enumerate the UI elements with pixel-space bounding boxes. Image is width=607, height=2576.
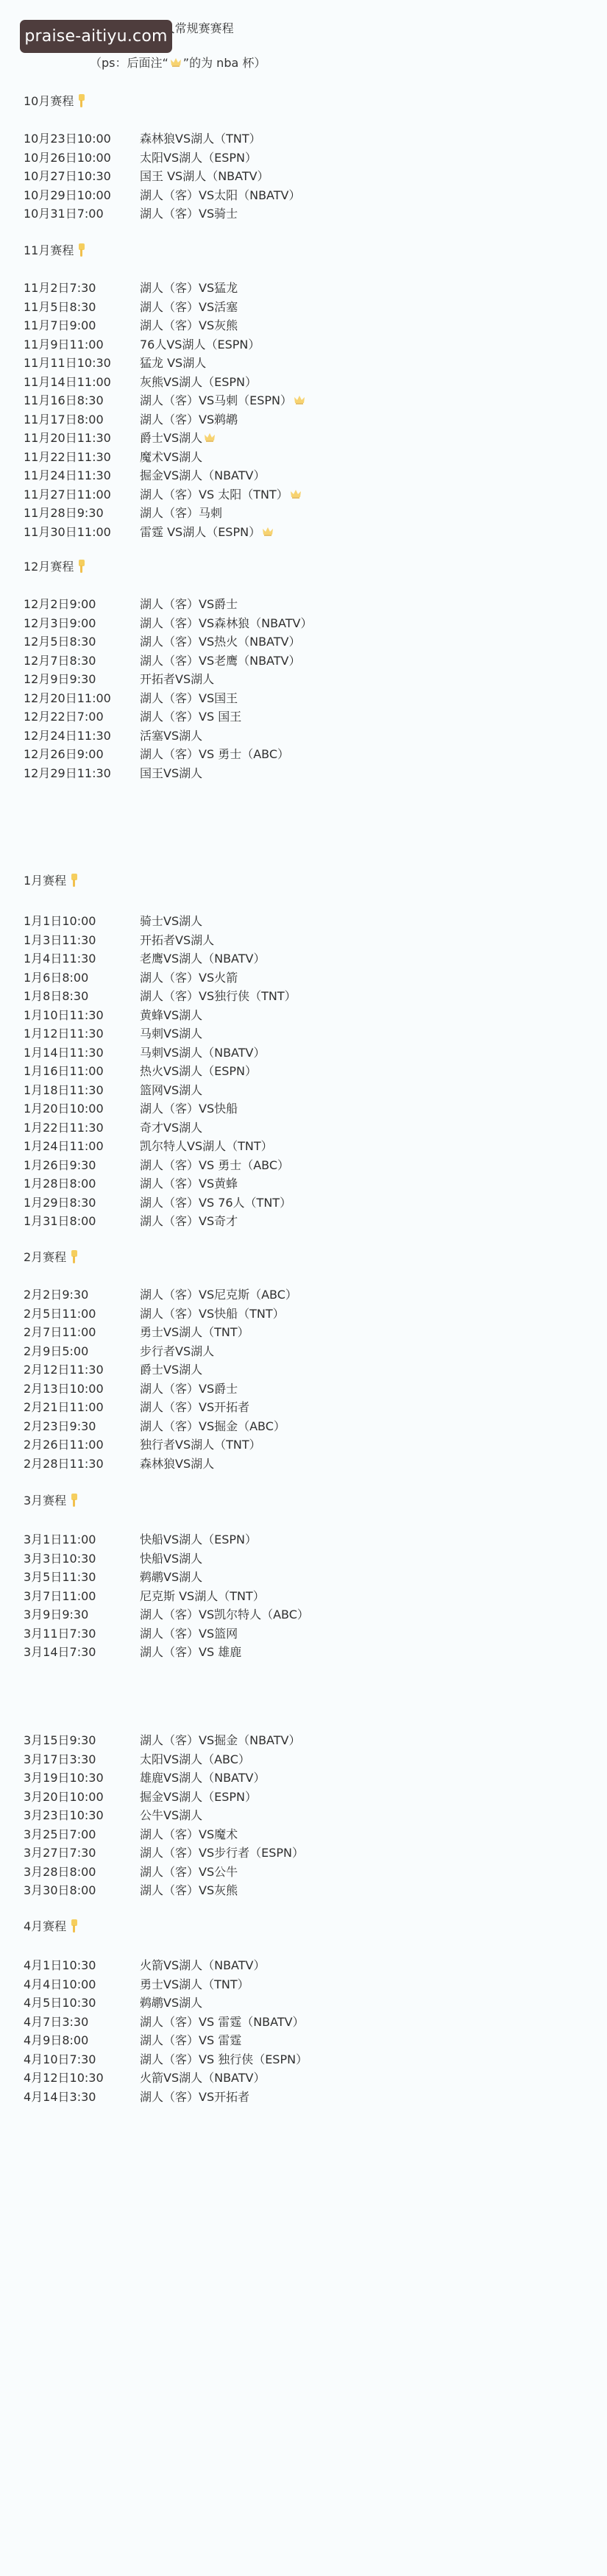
game-date-time: 1月24日11:00 <box>24 1137 140 1155</box>
game-row: 2月2日9:30湖人（客）VS尼克斯（ABC） <box>24 1285 297 1304</box>
game-matchup: 掘金VS湖人（NBATV） <box>140 466 265 485</box>
game-date-time: 1月26日9:30 <box>24 1156 140 1174</box>
game-matchup: 火箭VS湖人（NBATV） <box>140 1956 265 1974</box>
game-row: 11月5日8:30湖人（客）VS活塞 <box>24 298 238 316</box>
game-matchup: 太阳VS湖人（ESPN） <box>140 149 257 167</box>
game-row: 1月4日11:30老鹰VS湖人（NBATV） <box>24 949 265 968</box>
game-matchup: 森林狼VS湖人（TNT） <box>140 129 261 148</box>
month-header-label: 12月赛程 <box>24 560 74 574</box>
game-matchup: 掘金VS湖人（ESPN） <box>140 1788 257 1806</box>
game-row: 10月27日10:30国王 VS湖人（NBATV） <box>24 167 269 185</box>
game-date-time: 1月4日11:30 <box>24 949 140 968</box>
game-matchup: 湖人（客）VS猛龙 <box>140 279 238 297</box>
game-matchup: 湖人（客）VS快船 <box>140 1099 238 1118</box>
game-row: 11月22日11:30魔术VS湖人 <box>24 448 202 466</box>
game-matchup: 湖人（客）VS开拓者 <box>140 2088 249 2106</box>
game-matchup: 森林狼VS湖人 <box>140 1455 214 1473</box>
game-row: 1月10日11:30黄蜂VS湖人 <box>24 1006 202 1024</box>
game-matchup: 湖人（客）VS爵士 <box>140 1380 238 1398</box>
game-date-time: 1月28日8:00 <box>24 1174 140 1193</box>
game-row: 11月7日9:00湖人（客）VS灰熊 <box>24 316 238 335</box>
game-date-time: 4月9日8:00 <box>24 2031 140 2049</box>
game-matchup: 马刺VS湖人（NBATV） <box>140 1043 265 1062</box>
game-matchup: 爵士VS湖人 <box>140 429 202 447</box>
game-row: 11月28日9:30湖人（客）马刺 <box>24 504 222 522</box>
game-row: 11月17日8:00湖人（客）VS鹈鹕 <box>24 410 238 429</box>
game-row: 12月24日11:30活塞VS湖人 <box>24 727 202 745</box>
game-matchup: 雷霆 VS湖人（ESPN） <box>140 523 260 541</box>
game-matchup: 湖人（客）马刺 <box>140 504 222 522</box>
game-date-time: 1月18日11:30 <box>24 1081 140 1099</box>
game-date-time: 2月2日9:30 <box>24 1285 140 1304</box>
game-date-time: 11月24日11:30 <box>24 466 140 485</box>
game-matchup: 湖人（客）VS公牛 <box>140 1863 238 1881</box>
game-row: 12月5日8:30湖人（客）VS热火（NBATV） <box>24 632 300 651</box>
game-date-time: 2月28日11:30 <box>24 1455 140 1473</box>
game-date-time: 1月29日8:30 <box>24 1194 140 1212</box>
game-date-time: 3月14日7:30 <box>24 1643 140 1661</box>
game-date-time: 12月20日11:00 <box>24 689 140 707</box>
game-date-time: 11月7日9:00 <box>24 316 140 335</box>
game-row: 12月20日11:00湖人（客）VS国王 <box>24 689 238 707</box>
game-matchup: 湖人（客）VS骑士 <box>140 204 238 223</box>
game-date-time: 2月23日9:30 <box>24 1417 140 1435</box>
game-row: 3月23日10:30公牛VS湖人 <box>24 1806 202 1824</box>
game-matchup: 国王 VS湖人（NBATV） <box>140 167 269 185</box>
game-date-time: 12月26日9:00 <box>24 745 140 763</box>
game-date-time: 12月22日7:00 <box>24 707 140 726</box>
game-date-time: 10月31日7:00 <box>24 204 140 223</box>
game-matchup: 湖人（客）VS爵士 <box>140 595 238 613</box>
game-matchup: 湖人（客）VS凯尔特人（ABC） <box>140 1605 309 1624</box>
game-row: 2月9日5:00步行者VS湖人 <box>24 1342 214 1360</box>
game-matchup: 开拓者VS湖人 <box>140 670 214 688</box>
game-row: 1月8日8:30湖人（客）VS独行侠（TNT） <box>24 987 297 1005</box>
game-row: 3月17日3:30太阳VS湖人（ABC） <box>24 1750 250 1769</box>
game-matchup: 湖人（客）VS鹈鹕 <box>140 410 238 429</box>
month-header: 11月赛程 <box>24 241 87 258</box>
game-date-time: 3月28日8:00 <box>24 1863 140 1881</box>
game-date-time: 11月16日8:30 <box>24 391 140 410</box>
game-matchup: 鹈鹕VS湖人 <box>140 1994 202 2012</box>
game-matchup: 火箭VS湖人（NBATV） <box>140 2069 265 2087</box>
month-header-label: 4月赛程 <box>24 1919 66 1933</box>
game-row: 4月10日7:30湖人（客）VS 独行侠（ESPN） <box>24 2050 308 2069</box>
game-matchup: 国王VS湖人 <box>140 764 202 782</box>
game-date-time: 1月12日11:30 <box>24 1024 140 1043</box>
game-date-time: 11月17日8:00 <box>24 410 140 429</box>
game-row: 12月29日11:30国王VS湖人 <box>24 764 202 782</box>
game-date-time: 11月14日11:00 <box>24 373 140 391</box>
game-row: 3月30日8:00湖人（客）VS灰熊 <box>24 1881 238 1899</box>
game-matchup: 奇才VS湖人 <box>140 1118 202 1137</box>
game-row: 11月9日11:0076人VS湖人（ESPN） <box>24 335 260 354</box>
game-row: 2月12日11:30爵士VS湖人 <box>24 1360 202 1379</box>
game-date-time: 2月5日11:00 <box>24 1305 140 1323</box>
month-header-label: 11月赛程 <box>24 243 74 257</box>
game-date-time: 3月1日11:00 <box>24 1530 140 1549</box>
game-row: 1月20日10:00湖人（客）VS快船 <box>24 1099 238 1118</box>
game-row: 3月20日10:00掘金VS湖人（ESPN） <box>24 1788 257 1806</box>
game-matchup: 湖人（客）VS太阳（NBATV） <box>140 186 300 204</box>
game-row: 1月26日9:30湖人（客）VS 勇士（ABC） <box>24 1156 289 1174</box>
game-date-time: 2月7日11:00 <box>24 1323 140 1341</box>
game-matchup: 湖人（客）VS奇才 <box>140 1212 238 1230</box>
game-date-time: 2月12日11:30 <box>24 1360 140 1379</box>
game-row: 11月20日11:30爵士VS湖人 <box>24 429 217 447</box>
pointing-down-hand-icon <box>69 1919 79 1933</box>
game-matchup: 勇士VS湖人（TNT） <box>140 1323 249 1341</box>
game-date-time: 3月15日9:30 <box>24 1731 140 1749</box>
game-date-time: 1月3日11:30 <box>24 931 140 949</box>
pointing-down-hand-icon <box>77 243 87 257</box>
page-subtitle: （ps：后面注“”的为 nba 杯） <box>90 54 266 71</box>
game-row: 3月15日9:30湖人（客）VS掘金（NBATV） <box>24 1731 300 1749</box>
game-matchup: 湖人（客）VS 雄鹿 <box>140 1643 241 1661</box>
game-date-time: 1月20日10:00 <box>24 1099 140 1118</box>
game-matchup: 魔术VS湖人 <box>140 448 202 466</box>
game-matchup: 开拓者VS湖人 <box>140 931 214 949</box>
game-date-time: 1月1日10:00 <box>24 912 140 930</box>
game-matchup: 湖人（客）VS尼克斯（ABC） <box>140 1285 297 1304</box>
game-matchup: 灰熊VS湖人（ESPN） <box>140 373 257 391</box>
game-matchup: 湖人（客）VS步行者（ESPN） <box>140 1844 304 1862</box>
game-date-time: 11月11日10:30 <box>24 354 140 372</box>
game-matchup: 湖人（客）VS掘金（ABC） <box>140 1417 285 1435</box>
game-row: 3月7日11:00尼克斯 VS湖人（TNT） <box>24 1587 265 1605</box>
game-matchup: 快船VS湖人 <box>140 1549 202 1568</box>
pointing-down-hand-icon <box>69 1249 79 1264</box>
game-matchup: 湖人（客）VS 雷霆（NBATV） <box>140 2013 305 2031</box>
game-row: 11月11日10:30猛龙 VS湖人 <box>24 354 206 372</box>
game-matchup: 湖人（客）VS 独行侠（ESPN） <box>140 2050 308 2069</box>
game-matchup: 湖人（客）VS 76人（TNT） <box>140 1194 291 1212</box>
game-date-time: 1月22日11:30 <box>24 1118 140 1137</box>
game-matchup: 76人VS湖人（ESPN） <box>140 335 260 354</box>
game-date-time: 11月5日8:30 <box>24 298 140 316</box>
game-matchup: 爵士VS湖人 <box>140 1360 202 1379</box>
game-row: 4月7日3:30湖人（客）VS 雷霆（NBATV） <box>24 2013 305 2031</box>
game-matchup: 黄蜂VS湖人 <box>140 1006 202 1024</box>
game-date-time: 12月5日8:30 <box>24 632 140 651</box>
game-date-time: 2月21日11:00 <box>24 1398 140 1416</box>
game-date-time: 3月11日7:30 <box>24 1624 140 1643</box>
game-row: 3月27日7:30湖人（客）VS步行者（ESPN） <box>24 1844 304 1862</box>
game-row: 1月12日11:30马刺VS湖人 <box>24 1024 202 1043</box>
game-row: 1月1日10:00骑士VS湖人 <box>24 912 202 930</box>
game-row: 2月5日11:00湖人（客）VS快船（TNT） <box>24 1305 285 1323</box>
game-row: 1月24日11:00凯尔特人VS湖人（TNT） <box>24 1137 273 1155</box>
month-header: 4月赛程 <box>24 1917 79 1934</box>
game-date-time: 11月30日11:00 <box>24 523 140 541</box>
game-date-time: 3月7日11:00 <box>24 1587 140 1605</box>
subtitle-prefix: （ps：后面注“ <box>90 56 168 70</box>
game-date-time: 12月2日9:00 <box>24 595 140 613</box>
game-date-time: 1月31日8:00 <box>24 1212 140 1230</box>
game-row: 3月19日10:30雄鹿VS湖人（NBATV） <box>24 1769 265 1787</box>
game-matchup: 湖人（客）VS黄蜂 <box>140 1174 238 1193</box>
game-row: 2月26日11:00独行者VS湖人（TNT） <box>24 1435 261 1454</box>
game-matchup: 湖人（客）VS 勇士（ABC） <box>140 1156 289 1174</box>
game-date-time: 4月4日10:00 <box>24 1975 140 1994</box>
game-matchup: 猛龙 VS湖人 <box>140 354 206 372</box>
game-matchup: 雄鹿VS湖人（NBATV） <box>140 1769 265 1787</box>
month-header-label: 2月赛程 <box>24 1250 66 1264</box>
game-date-time: 3月25日7:00 <box>24 1825 140 1844</box>
game-matchup: 独行者VS湖人（TNT） <box>140 1435 261 1454</box>
game-row: 11月14日11:00灰熊VS湖人（ESPN） <box>24 373 257 391</box>
game-row: 12月22日7:00湖人（客）VS 国王 <box>24 707 241 726</box>
game-date-time: 2月26日11:00 <box>24 1435 140 1454</box>
game-row: 10月29日10:00湖人（客）VS太阳（NBATV） <box>24 186 300 204</box>
game-matchup: 马刺VS湖人 <box>140 1024 202 1043</box>
game-row: 3月9日9:30湖人（客）VS凯尔特人（ABC） <box>24 1605 309 1624</box>
game-date-time: 3月9日9:30 <box>24 1605 140 1624</box>
game-row: 11月30日11:00雷霆 VS湖人（ESPN） <box>24 523 275 541</box>
game-date-time: 3月23日10:30 <box>24 1806 140 1824</box>
game-row: 4月4日10:00勇士VS湖人（TNT） <box>24 1975 249 1994</box>
game-date-time: 10月27日10:30 <box>24 167 140 185</box>
game-matchup: 湖人（客）VS活塞 <box>140 298 238 316</box>
game-date-time: 12月24日11:30 <box>24 727 140 745</box>
game-date-time: 3月20日10:00 <box>24 1788 140 1806</box>
game-date-time: 10月26日10:00 <box>24 149 140 167</box>
game-row: 2月13日10:00湖人（客）VS爵士 <box>24 1380 238 1398</box>
game-matchup: 湖人（客）VS热火（NBATV） <box>140 632 300 651</box>
game-matchup: 湖人（客）VS火箭 <box>140 968 238 987</box>
game-matchup: 湖人（客）VS快船（TNT） <box>140 1305 285 1323</box>
game-matchup: 步行者VS湖人 <box>140 1342 214 1360</box>
game-row: 1月18日11:30篮网VS湖人 <box>24 1081 202 1099</box>
game-date-time: 11月27日11:00 <box>24 485 140 504</box>
game-row: 1月28日8:00湖人（客）VS黄蜂 <box>24 1174 238 1193</box>
game-date-time: 10月23日10:00 <box>24 129 140 148</box>
game-date-time: 2月13日10:00 <box>24 1380 140 1398</box>
game-matchup: 活塞VS湖人 <box>140 727 202 745</box>
game-row: 1月22日11:30奇才VS湖人 <box>24 1118 202 1137</box>
game-row: 12月7日8:30湖人（客）VS老鹰（NBATV） <box>24 652 300 670</box>
game-date-time: 3月27日7:30 <box>24 1844 140 1862</box>
game-date-time: 4月7日3:30 <box>24 2013 140 2031</box>
game-matchup: 热火VS湖人（ESPN） <box>140 1062 257 1080</box>
crown-icon <box>294 393 305 404</box>
pointing-down-hand-icon <box>77 93 87 108</box>
game-row: 4月9日8:00湖人（客）VS 雷霆 <box>24 2031 241 2049</box>
game-matchup: 湖人（客）VS国王 <box>140 689 238 707</box>
game-row: 1月16日11:00热火VS湖人（ESPN） <box>24 1062 257 1080</box>
game-row: 12月9日9:30开拓者VS湖人 <box>24 670 214 688</box>
game-row: 1月31日8:00湖人（客）VS奇才 <box>24 1212 238 1230</box>
game-row: 3月14日7:30湖人（客）VS 雄鹿 <box>24 1643 241 1661</box>
game-date-time: 4月1日10:30 <box>24 1956 140 1974</box>
game-matchup: 骑士VS湖人 <box>140 912 202 930</box>
game-matchup: 湖人（客）VS森林狼（NBATV） <box>140 614 312 632</box>
game-date-time: 12月3日9:00 <box>24 614 140 632</box>
crown-icon <box>262 524 274 536</box>
game-row: 2月7日11:00勇士VS湖人（TNT） <box>24 1323 249 1341</box>
game-date-time: 1月6日8:00 <box>24 968 140 987</box>
game-row: 4月12日10:30火箭VS湖人（NBATV） <box>24 2069 265 2087</box>
game-row: 10月23日10:00森林狼VS湖人（TNT） <box>24 129 261 148</box>
game-row: 1月6日8:00湖人（客）VS火箭 <box>24 968 238 987</box>
game-matchup: 鹈鹕VS湖人 <box>140 1568 202 1586</box>
game-row: 11月2日7:30湖人（客）VS猛龙 <box>24 279 238 297</box>
schedule-page: praise-aitiyu.com 24-25 赛季湖人常规赛赛程 （ps：后面… <box>0 0 607 2576</box>
game-row: 2月28日11:30森林狼VS湖人 <box>24 1455 214 1473</box>
game-row: 3月11日7:30湖人（客）VS篮网 <box>24 1624 238 1643</box>
game-date-time: 3月3日10:30 <box>24 1549 140 1568</box>
month-header-label: 10月赛程 <box>24 94 74 108</box>
game-date-time: 10月29日10:00 <box>24 186 140 204</box>
game-date-time: 4月10日7:30 <box>24 2050 140 2069</box>
month-header: 1月赛程 <box>24 871 79 888</box>
game-matchup: 湖人（客）VS魔术 <box>140 1825 238 1844</box>
game-matchup: 湖人（客）VS开拓者 <box>140 1398 249 1416</box>
game-matchup: 湖人（客）VS灰熊 <box>140 1881 238 1899</box>
crown-icon <box>290 487 302 499</box>
game-date-time: 11月9日11:00 <box>24 335 140 354</box>
game-row: 11月16日8:30湖人（客）VS马刺（ESPN） <box>24 391 307 410</box>
game-row: 3月25日7:00湖人（客）VS魔术 <box>24 1825 238 1844</box>
game-matchup: 湖人（客）VS 雷霆 <box>140 2031 241 2049</box>
game-date-time: 11月20日11:30 <box>24 429 140 447</box>
game-date-time: 2月9日5:00 <box>24 1342 140 1360</box>
month-header: 10月赛程 <box>24 92 87 109</box>
game-matchup: 湖人（客）VS灰熊 <box>140 316 238 335</box>
game-row: 12月2日9:00湖人（客）VS爵士 <box>24 595 238 613</box>
game-matchup: 公牛VS湖人 <box>140 1806 202 1824</box>
game-date-time: 12月9日9:30 <box>24 670 140 688</box>
game-row: 10月26日10:00太阳VS湖人（ESPN） <box>24 149 257 167</box>
game-row: 2月23日9:30湖人（客）VS掘金（ABC） <box>24 1417 285 1435</box>
game-row: 4月1日10:30火箭VS湖人（NBATV） <box>24 1956 265 1974</box>
game-date-time: 4月12日10:30 <box>24 2069 140 2087</box>
game-row: 12月26日9:00湖人（客）VS 勇士（ABC） <box>24 745 289 763</box>
game-date-time: 11月22日11:30 <box>24 448 140 466</box>
game-date-time: 3月30日8:00 <box>24 1881 140 1899</box>
month-header: 3月赛程 <box>24 1491 79 1508</box>
game-date-time: 1月10日11:30 <box>24 1006 140 1024</box>
game-row: 4月14日3:30湖人（客）VS开拓者 <box>24 2088 249 2106</box>
game-row: 11月27日11:00湖人（客）VS 太阳（TNT） <box>24 485 303 504</box>
game-matchup: 湖人（客）VS 国王 <box>140 707 241 726</box>
month-header-label: 3月赛程 <box>24 1494 66 1508</box>
month-header-label: 1月赛程 <box>24 874 66 888</box>
game-row: 3月5日11:30鹈鹕VS湖人 <box>24 1568 202 1586</box>
game-row: 3月1日11:00快船VS湖人（ESPN） <box>24 1530 257 1549</box>
month-header: 2月赛程 <box>24 1248 79 1265</box>
game-matchup: 凯尔特人VS湖人（TNT） <box>140 1137 273 1155</box>
game-date-time: 3月17日3:30 <box>24 1750 140 1769</box>
game-row: 12月3日9:00湖人（客）VS森林狼（NBATV） <box>24 614 312 632</box>
game-row: 3月28日8:00湖人（客）VS公牛 <box>24 1863 238 1881</box>
game-row: 11月24日11:30掘金VS湖人（NBATV） <box>24 466 265 485</box>
game-row: 1月3日11:30开拓者VS湖人 <box>24 931 214 949</box>
game-matchup: 湖人（客）VS篮网 <box>140 1624 238 1643</box>
pointing-down-hand-icon <box>69 873 79 888</box>
game-date-time: 4月14日3:30 <box>24 2088 140 2106</box>
game-matchup: 勇士VS湖人（TNT） <box>140 1975 249 1994</box>
game-matchup: 湖人（客）VS掘金（NBATV） <box>140 1731 300 1749</box>
pointing-down-hand-icon <box>77 559 87 574</box>
game-date-time: 12月29日11:30 <box>24 764 140 782</box>
game-row: 2月21日11:00湖人（客）VS开拓者 <box>24 1398 249 1416</box>
game-row: 1月14日11:30马刺VS湖人（NBATV） <box>24 1043 265 1062</box>
game-date-time: 4月5日10:30 <box>24 1994 140 2012</box>
crown-icon <box>170 57 182 68</box>
game-matchup: 湖人（客）VS独行侠（TNT） <box>140 987 297 1005</box>
game-matchup: 快船VS湖人（ESPN） <box>140 1530 257 1549</box>
month-header: 12月赛程 <box>24 557 87 574</box>
game-matchup: 湖人（客）VS马刺（ESPN） <box>140 391 292 410</box>
game-date-time: 1月8日8:30 <box>24 987 140 1005</box>
crown-icon <box>204 430 216 442</box>
game-row: 1月29日8:30湖人（客）VS 76人（TNT） <box>24 1194 291 1212</box>
game-date-time: 12月7日8:30 <box>24 652 140 670</box>
game-date-time: 11月2日7:30 <box>24 279 140 297</box>
game-row: 3月3日10:30快船VS湖人 <box>24 1549 202 1568</box>
game-matchup: 老鹰VS湖人（NBATV） <box>140 949 265 968</box>
subtitle-suffix: ”的为 nba 杯） <box>183 56 266 70</box>
game-matchup: 湖人（客）VS老鹰（NBATV） <box>140 652 300 670</box>
game-date-time: 11月28日9:30 <box>24 504 140 522</box>
watermark-badge: praise-aitiyu.com <box>20 20 172 53</box>
game-date-time: 3月5日11:30 <box>24 1568 140 1586</box>
game-row: 10月31日7:00湖人（客）VS骑士 <box>24 204 238 223</box>
pointing-down-hand-icon <box>69 1493 79 1508</box>
game-row: 4月5日10:30鹈鹕VS湖人 <box>24 1994 202 2012</box>
game-date-time: 1月14日11:30 <box>24 1043 140 1062</box>
game-matchup: 篮网VS湖人 <box>140 1081 202 1099</box>
game-date-time: 3月19日10:30 <box>24 1769 140 1787</box>
game-matchup: 尼克斯 VS湖人（TNT） <box>140 1587 265 1605</box>
game-date-time: 1月16日11:00 <box>24 1062 140 1080</box>
game-matchup: 湖人（客）VS 勇士（ABC） <box>140 745 289 763</box>
game-matchup: 湖人（客）VS 太阳（TNT） <box>140 485 288 504</box>
game-matchup: 太阳VS湖人（ABC） <box>140 1750 250 1769</box>
